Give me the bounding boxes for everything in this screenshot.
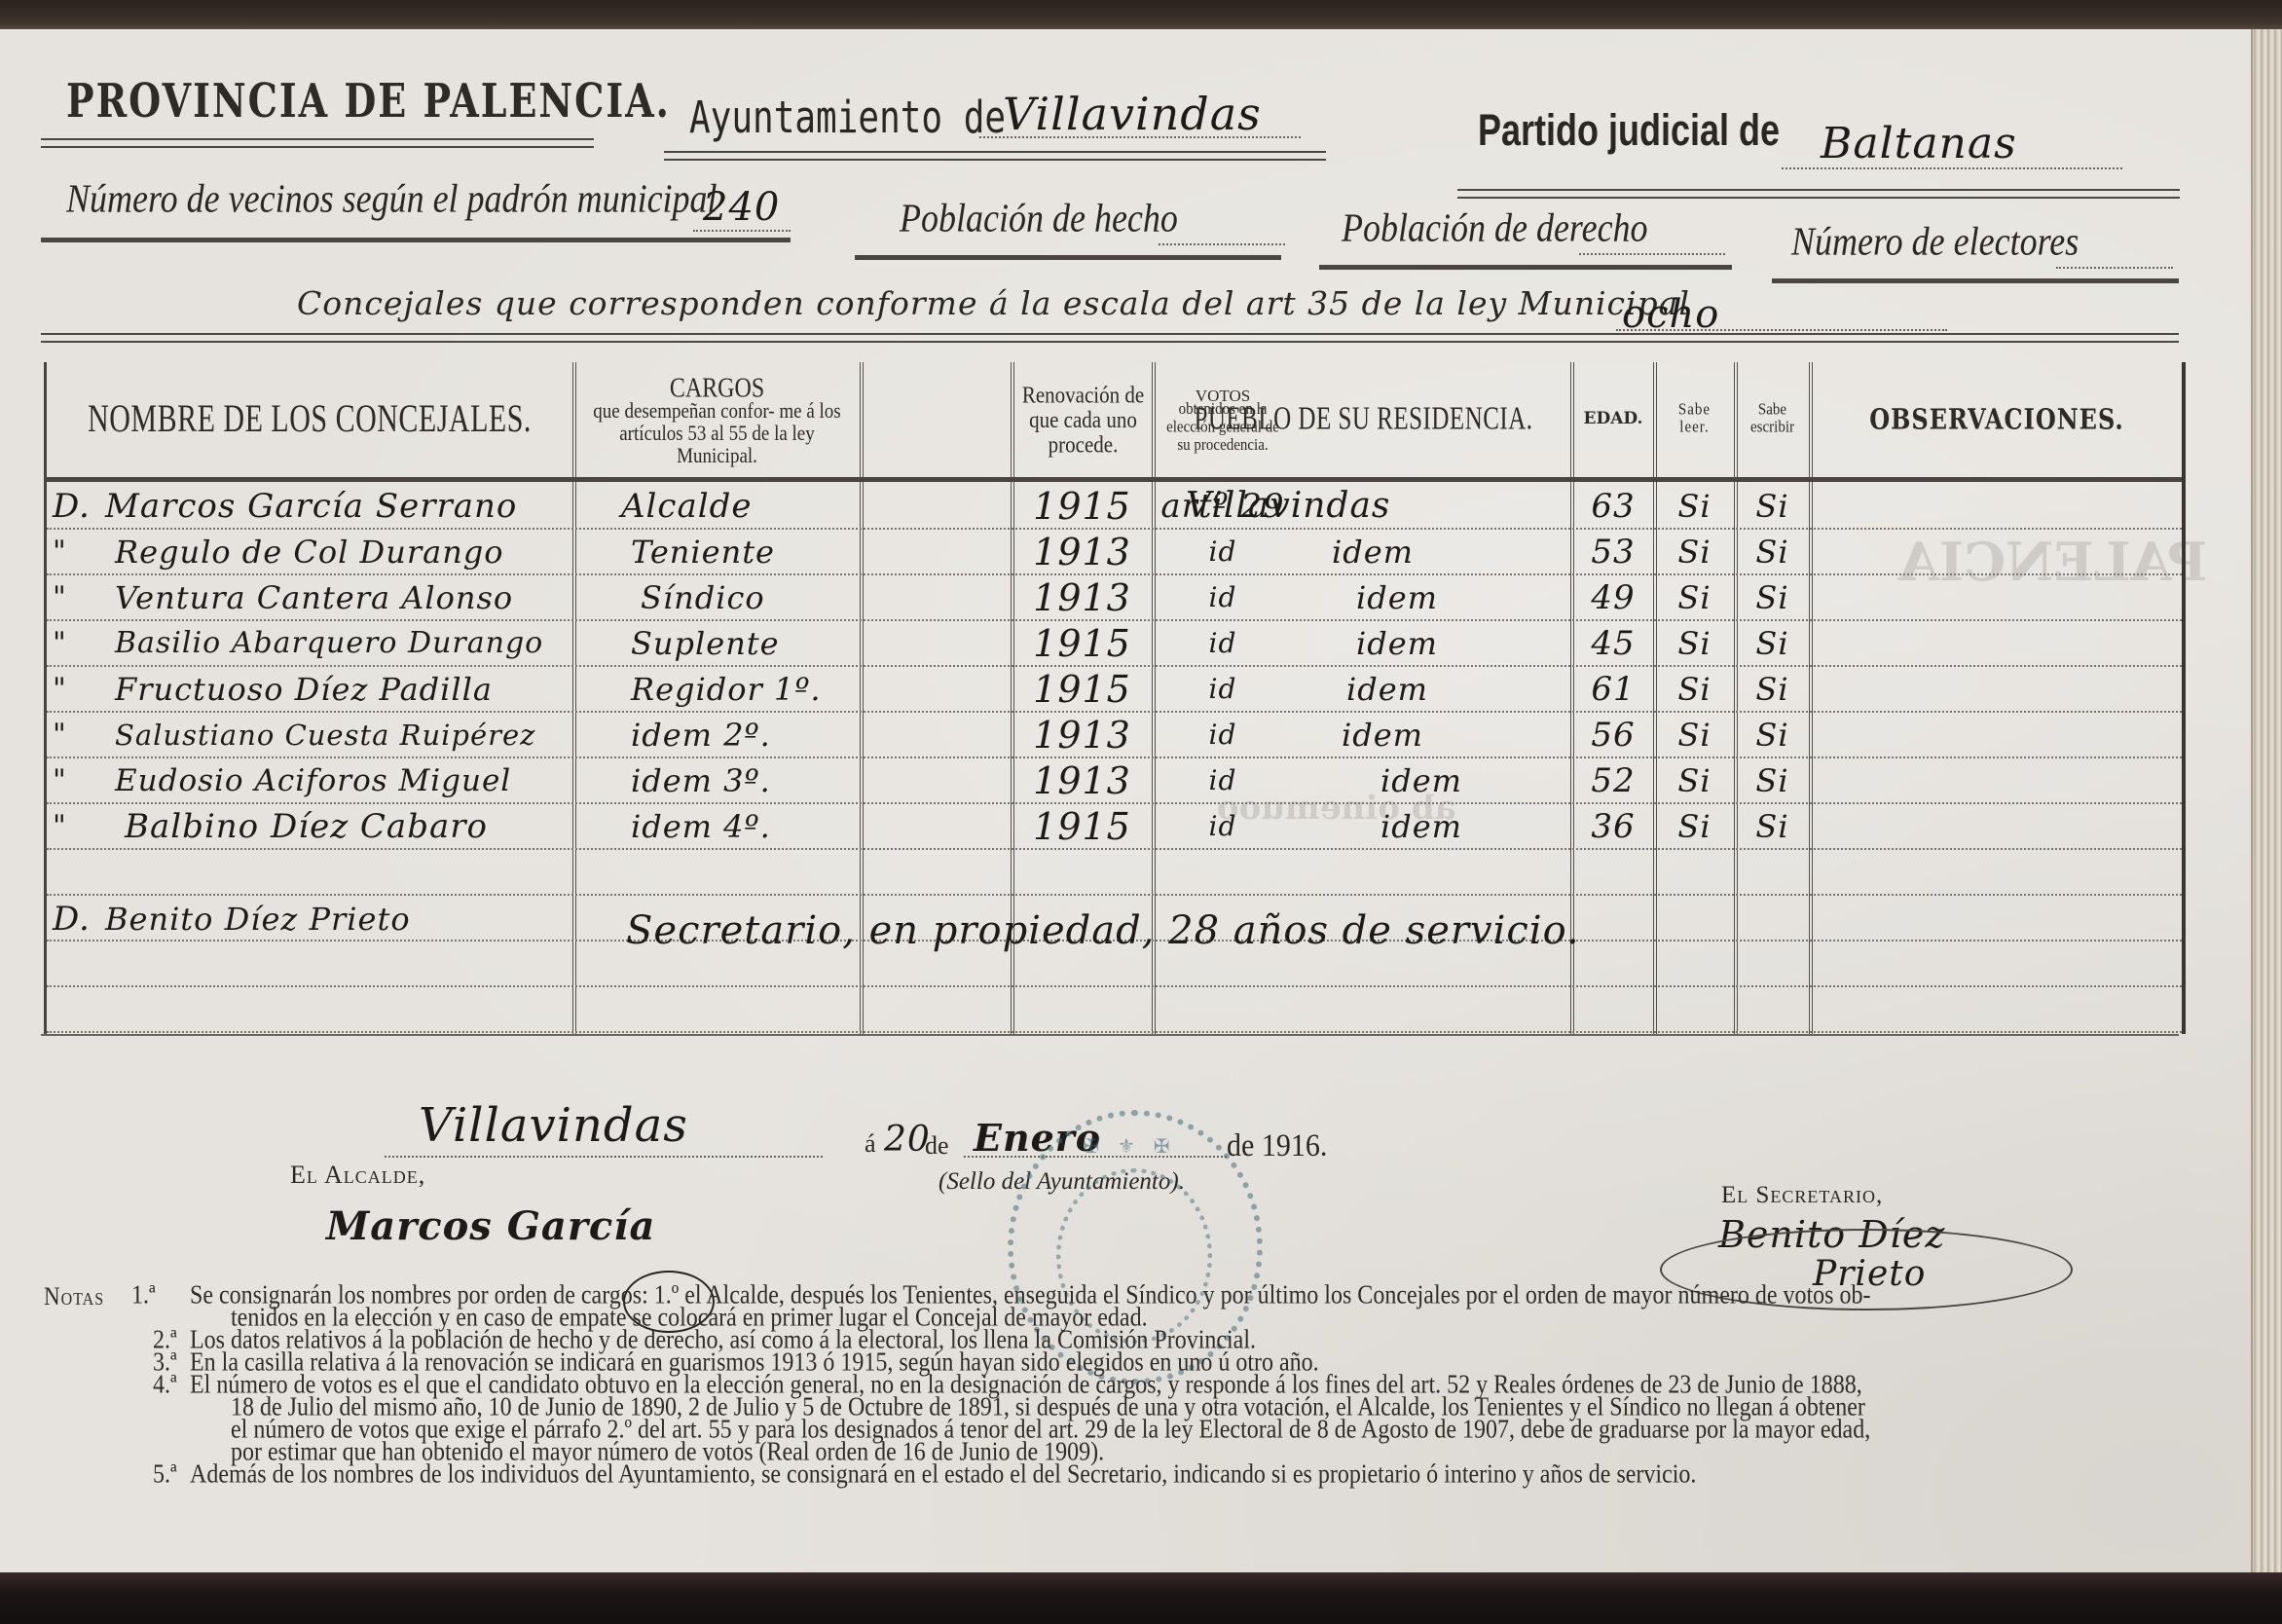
councillor-cargo: Suplente <box>631 620 780 666</box>
header-observaciones-text: OBSERVACIONES. <box>1869 405 2124 434</box>
date-day: 20 <box>884 1120 931 1160</box>
date-year: de 1916. <box>1227 1127 1327 1163</box>
header-edad: EDAD. <box>1573 362 1653 477</box>
councillor-cargo: idem 2º. <box>631 712 771 757</box>
row-prefix: D. <box>53 483 91 529</box>
councillor-leer: Si <box>1655 666 1734 712</box>
header-escribir: Sabe escribir <box>1736 362 1809 477</box>
header-leer-text: Sabe leer. <box>1671 402 1719 437</box>
row-prefix: " <box>53 712 67 757</box>
councillor-pueblo: idem <box>1332 529 1414 574</box>
alcalde-label: El Alcalde, <box>290 1161 425 1190</box>
secretario-name: Benito Díez Prieto <box>105 896 411 941</box>
councillor-escribir: Si <box>1736 712 1809 757</box>
councillor-votos: id <box>1155 620 1291 666</box>
header-escribir-text: Sabe escribir <box>1739 402 1807 437</box>
councillor-cargo: idem 3º. <box>631 757 771 803</box>
poblacion-derecho-field <box>1579 251 1725 255</box>
councillor-pueblo: idem <box>1346 666 1428 712</box>
divider <box>41 333 2179 343</box>
councillor-escribir: Si <box>1736 666 1809 712</box>
councillor-renovacion: 1915 <box>1012 483 1152 529</box>
poblacion-hecho-label: Población de hecho <box>900 195 1178 241</box>
concejales-value: ocho <box>1622 292 1719 337</box>
header-nombre-text: NOMBRE DE LOS CONCEJALES. <box>88 399 532 441</box>
note-number: 4.ª <box>153 1373 177 1398</box>
divider <box>1772 278 2179 283</box>
councillor-edad: 63 <box>1573 483 1653 529</box>
poblacion-derecho-label: Población de derecho <box>1342 204 1648 251</box>
poblacion-hecho-field <box>1159 241 1285 245</box>
councillor-escribir: Si <box>1736 757 1809 803</box>
councillor-pueblo: idem <box>1356 574 1438 620</box>
councillor-pueblo: idem <box>1380 803 1462 849</box>
councillor-renovacion: 1913 <box>1012 712 1152 757</box>
councillor-name: Fructuoso Díez Padilla <box>115 666 493 712</box>
header-observaciones: OBSERVACIONES. <box>1812 362 2182 477</box>
councillor-name: Regulo de Col Durango <box>115 529 504 574</box>
councillor-cargo: Teniente <box>631 529 775 574</box>
vecinos-label: Número de vecinos según el padrón munici… <box>66 175 718 222</box>
concejales-label: Concejales que corresponden conforme á l… <box>297 284 1690 322</box>
councillor-leer: Si <box>1655 803 1734 849</box>
divider <box>1319 265 1732 270</box>
councillor-edad: 52 <box>1573 757 1653 803</box>
note-number: 5.ª <box>153 1462 177 1488</box>
partido-value: Baltanas <box>1821 119 2017 168</box>
councillor-edad: 36 <box>1573 803 1653 849</box>
note-number: 1.ª <box>131 1283 156 1309</box>
electores-field <box>2056 265 2173 269</box>
councillor-name: Eudosio Aciforos Miguel <box>115 757 511 803</box>
partido-label: Partido judicial de <box>1478 105 1780 157</box>
councillor-leer: Si <box>1655 574 1734 620</box>
header-leer: Sabe leer. <box>1655 362 1734 477</box>
divider <box>41 138 594 148</box>
councillor-renovacion: 1915 <box>1012 666 1152 712</box>
province-title: PROVINCIA DE PALENCIA. <box>66 73 671 128</box>
header-cargo: CARGOS que desempeñan confor- me á los a… <box>574 362 860 477</box>
row-guide <box>47 1031 2182 1033</box>
councillor-cargo: Regidor 1º. <box>631 666 822 712</box>
row-prefix: " <box>53 529 67 574</box>
header-renovacion: Renovación de que cada uno procede. <box>1014 362 1152 477</box>
councillor-votos: id <box>1155 803 1291 849</box>
place-value: Villavindas <box>419 1098 688 1153</box>
row-prefix: " <box>53 620 67 666</box>
councillor-escribir: Si <box>1736 529 1809 574</box>
date-de-label: de <box>925 1131 949 1161</box>
row-prefix: " <box>53 803 67 849</box>
councillor-pueblo: idem <box>1356 620 1438 666</box>
councillor-name: Marcos García Serrano <box>105 483 517 529</box>
councillor-escribir: Si <box>1736 574 1809 620</box>
councillor-edad: 53 <box>1573 529 1653 574</box>
councillor-renovacion: 1915 <box>1012 620 1152 666</box>
councillor-edad: 61 <box>1573 666 1653 712</box>
place-dotline <box>385 1154 823 1158</box>
councillor-leer: Si <box>1655 483 1734 529</box>
divider <box>664 151 1326 161</box>
note-text: Además de los nombres de los individuos … <box>190 1462 1696 1488</box>
councillor-leer: Si <box>1655 757 1734 803</box>
councillor-votos: id <box>1155 529 1291 574</box>
header-nombre: NOMBRE DE LOS CONCEJALES. <box>47 362 572 477</box>
alcalde-signature: Marcos García <box>326 1203 655 1249</box>
councillor-renovacion: 1913 <box>1012 757 1152 803</box>
secretario-prefix: D. <box>53 896 91 941</box>
councillor-escribir: Si <box>1736 483 1809 529</box>
seal-crest-icon: ✠ ⚜ ✠ <box>1032 1134 1227 1158</box>
councillor-leer: Si <box>1655 529 1734 574</box>
councillor-renovacion: 1915 <box>1012 803 1152 849</box>
divider <box>1457 189 2180 199</box>
councillor-renovacion: 1913 <box>1012 529 1152 574</box>
councillor-name: Salustiano Cuesta Ruipérez <box>115 712 535 757</box>
councillor-pueblo: idem <box>1342 712 1423 757</box>
councillor-pueblo: idem <box>1380 757 1462 803</box>
row-prefix: " <box>53 757 67 803</box>
councillor-leer: Si <box>1655 620 1734 666</box>
concejales-table: NOMBRE DE LOS CONCEJALES. CARGOS que des… <box>44 362 2186 1034</box>
councillor-cargo: idem 4º. <box>631 803 771 849</box>
councillor-edad: 49 <box>1573 574 1653 620</box>
divider <box>855 255 1281 260</box>
table-bottom-rule <box>41 1034 2179 1036</box>
header-separator <box>47 477 2182 482</box>
secretario-detail: Secretario, en propiedad, 28 años de ser… <box>626 907 1580 953</box>
councillor-pueblo: Villavindas <box>1186 483 1390 529</box>
councillor-edad: 56 <box>1573 712 1653 757</box>
ayuntamiento-label: Ayuntamiento de <box>689 93 1006 143</box>
councillor-votos: id <box>1155 666 1291 712</box>
secretario-label: El Secretario, <box>1721 1182 1883 1209</box>
date-a-label: á <box>865 1129 876 1159</box>
councillor-escribir: Si <box>1736 803 1809 849</box>
councillor-name: Ventura Cantera Alonso <box>115 574 513 620</box>
electores-label: Número de electores <box>1791 218 2079 265</box>
page-edge <box>2251 29 2282 1575</box>
ayuntamiento-value: Villavindas <box>1003 88 1262 140</box>
councillor-votos: id <box>1155 757 1291 803</box>
header-edad-text: EDAD. <box>1584 411 1643 428</box>
councillor-leer: Si <box>1655 712 1734 757</box>
row-prefix: " <box>53 666 67 712</box>
header-pueblo-text: PUEBLO DE SU RESIDENCIA. <box>1194 402 1532 436</box>
book-binding-bottom <box>0 1572 2282 1624</box>
councillor-renovacion: 1913 <box>1012 574 1152 620</box>
row-prefix: " <box>53 574 67 620</box>
header-pueblo: PUEBLO DE SU RESIDENCIA. <box>1157 362 1570 477</box>
councillor-escribir: Si <box>1736 620 1809 666</box>
councillor-votos: id <box>1155 712 1291 757</box>
divider <box>41 238 791 242</box>
header-cargo-text: que desempeñan confor- me á los artículo… <box>581 400 854 467</box>
councillor-cargo: Alcalde <box>621 483 753 529</box>
header-renovacion-text: Renovación de que cada uno procede. <box>1020 383 1147 457</box>
councillor-name: Balbino Díez Cabaro <box>125 803 488 849</box>
councillor-edad: 45 <box>1573 620 1653 666</box>
notes-label: Notas <box>44 1283 104 1309</box>
councillor-cargo: Síndico <box>641 574 765 620</box>
vecinos-value: 240 <box>703 185 780 230</box>
councillor-votos: id <box>1155 574 1291 620</box>
row-guide <box>47 985 2182 987</box>
councillor-name: Basilio Abarquero Durango <box>115 620 543 666</box>
